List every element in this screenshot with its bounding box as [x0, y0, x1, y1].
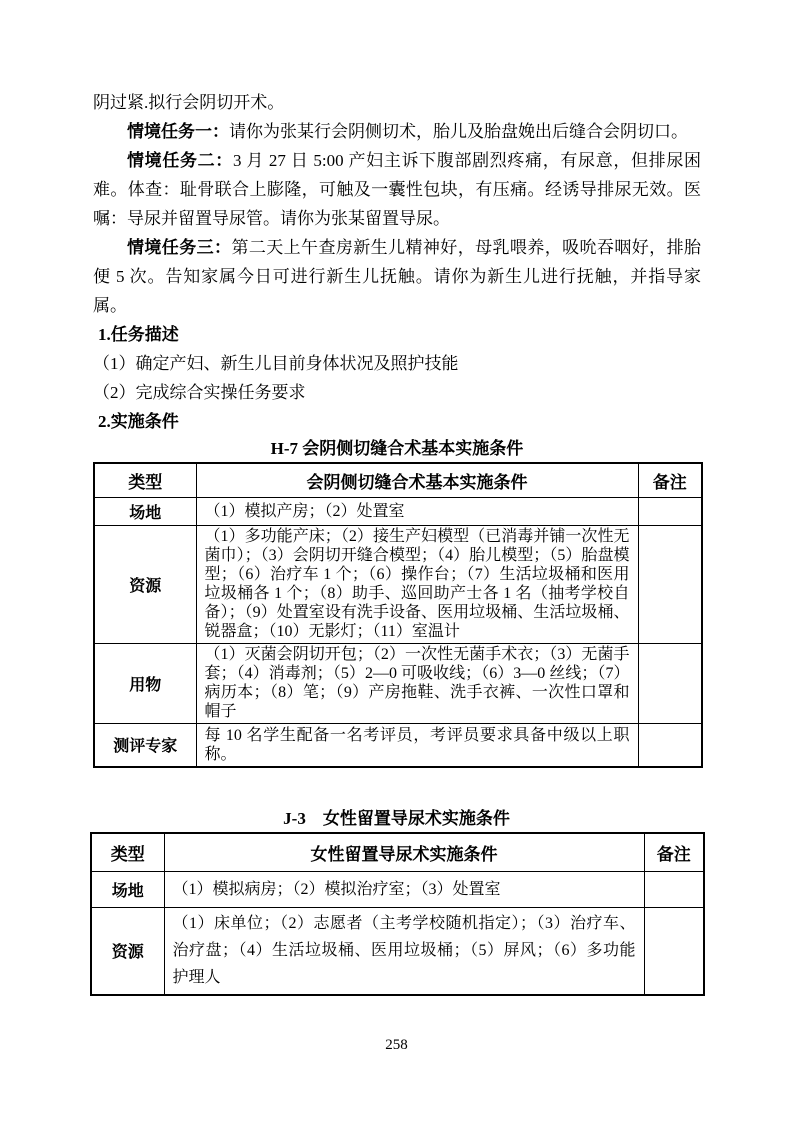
body-paragraph: 情境任务二：3 月 27 日 5:00 产妇主诉下腹部剧烈疼痛，有尿意，但排尿困… — [93, 146, 701, 233]
bold-run: 情境任务三： — [127, 238, 231, 257]
row-content-cell: （1）灭菌会阴切开包；（2）一次性无菌手术衣；（3）无菌手套；（4）消毒剂；（5… — [196, 643, 638, 723]
row-content-cell: （1）多功能产床；（2）接生产妇模型（已消毒并铺一次性无菌巾）；（3）会阴切开缝… — [196, 525, 638, 643]
body-paragraph: 阴过紧.拟行会阴切开术。 — [93, 88, 701, 117]
row-content-cell: （1）模拟产房；（2）处置室 — [196, 497, 638, 525]
text-run: （1）确定产妇、新生儿目前身体状况及照护技能 — [93, 354, 459, 373]
table-header-row: 类型女性留置导尿术实施条件备注 — [91, 833, 704, 871]
bold-run: 情境任务一： — [127, 122, 229, 141]
row-type-cell: 资源 — [94, 525, 196, 643]
table-row: 场地（1）模拟病房；（2）模拟治疗室；（3）处置室 — [91, 871, 704, 907]
table-row: 用物（1）灭菌会阴切开包；（2）一次性无菌手术衣；（3）无菌手套；（4）消毒剂；… — [94, 643, 702, 723]
row-type-cell: 场地 — [91, 871, 164, 907]
body-paragraph: 情境任务一：请你为张某行会阴侧切术，胎儿及胎盘娩出后缝合会阴切口。 — [93, 117, 701, 146]
row-note-cell — [638, 525, 702, 643]
text-run: （2）完成综合实操任务要求 — [93, 383, 306, 402]
page-number: 258 — [385, 1037, 408, 1053]
column-header: 类型 — [94, 463, 196, 497]
body-paragraph: 情境任务三：第二天上午查房新生儿精神好，母乳喂养，吸吮吞咽好，排胎便 5 次。告… — [93, 233, 701, 320]
row-content-cell: （1）床单位；（2）志愿者（主考学校随机指定）；（3）治疗车、治疗盘；（4）生活… — [164, 907, 644, 995]
row-note-cell — [644, 907, 704, 995]
bold-run: 2.实施条件 — [98, 412, 179, 431]
table-row: 资源（1）床单位；（2）志愿者（主考学校随机指定）；（3）治疗车、治疗盘；（4）… — [91, 907, 704, 995]
row-note-cell — [638, 723, 702, 767]
row-type-cell: 资源 — [91, 907, 164, 995]
text-run: 请你为张某行会阴侧切术，胎儿及胎盘娩出后缝合会阴切口。 — [229, 122, 688, 141]
document-page: 阴过紧.拟行会阴切开术。情境任务一：请你为张某行会阴侧切术，胎儿及胎盘娩出后缝合… — [0, 0, 793, 1122]
row-type-cell: 场地 — [94, 497, 196, 525]
table-header-row: 类型会阴侧切缝合术基本实施条件备注 — [94, 463, 702, 497]
column-header: 会阴侧切缝合术基本实施条件 — [196, 463, 638, 497]
body-text-block: 阴过紧.拟行会阴切开术。情境任务一：请你为张某行会阴侧切术，胎儿及胎盘娩出后缝合… — [93, 88, 701, 436]
column-header: 备注 — [644, 833, 704, 871]
row-note-cell — [644, 871, 704, 907]
table-title-j3: J-3 女性留置导尿术实施条件 — [90, 806, 703, 832]
body-paragraph: （2）完成综合实操任务要求 — [93, 378, 701, 407]
table-h7: 类型会阴侧切缝合术基本实施条件备注 场地（1）模拟产房；（2）处置室资源（1）多… — [93, 462, 703, 768]
column-header: 女性留置导尿术实施条件 — [164, 833, 644, 871]
section-heading: 1.任务描述 — [93, 320, 701, 349]
row-content-cell: 每 10 名学生配备一名考评员，考评员要求具备中级以上职称。 — [196, 723, 638, 767]
bold-run: 1.任务描述 — [98, 325, 179, 344]
row-type-cell: 测评专家 — [94, 723, 196, 767]
table-row: 测评专家每 10 名学生配备一名考评员，考评员要求具备中级以上职称。 — [94, 723, 702, 767]
row-note-cell — [638, 497, 702, 525]
row-note-cell — [638, 643, 702, 723]
column-header: 备注 — [638, 463, 702, 497]
row-content-cell: （1）模拟病房；（2）模拟治疗室；（3）处置室 — [164, 871, 644, 907]
page-content: 阴过紧.拟行会阴切开术。情境任务一：请你为张某行会阴侧切术，胎儿及胎盘娩出后缝合… — [93, 88, 701, 996]
table-row: 场地（1）模拟产房；（2）处置室 — [94, 497, 702, 525]
table-row: 资源（1）多功能产床；（2）接生产妇模型（已消毒并铺一次性无菌巾）；（3）会阴切… — [94, 525, 702, 643]
table-title-h7: H-7 会阴侧切缝合术基本实施条件 — [93, 436, 701, 462]
row-type-cell: 用物 — [94, 643, 196, 723]
table-j3: 类型女性留置导尿术实施条件备注 场地（1）模拟病房；（2）模拟治疗室；（3）处置… — [90, 832, 705, 996]
section-heading: 2.实施条件 — [93, 407, 701, 436]
bold-run: 情境任务二： — [127, 151, 233, 170]
text-run: 阴过紧.拟行会阴切开术。 — [93, 93, 284, 112]
column-header: 类型 — [91, 833, 164, 871]
body-paragraph: （1）确定产妇、新生儿目前身体状况及照护技能 — [93, 349, 701, 378]
page-footer: 258 — [0, 1036, 793, 1054]
